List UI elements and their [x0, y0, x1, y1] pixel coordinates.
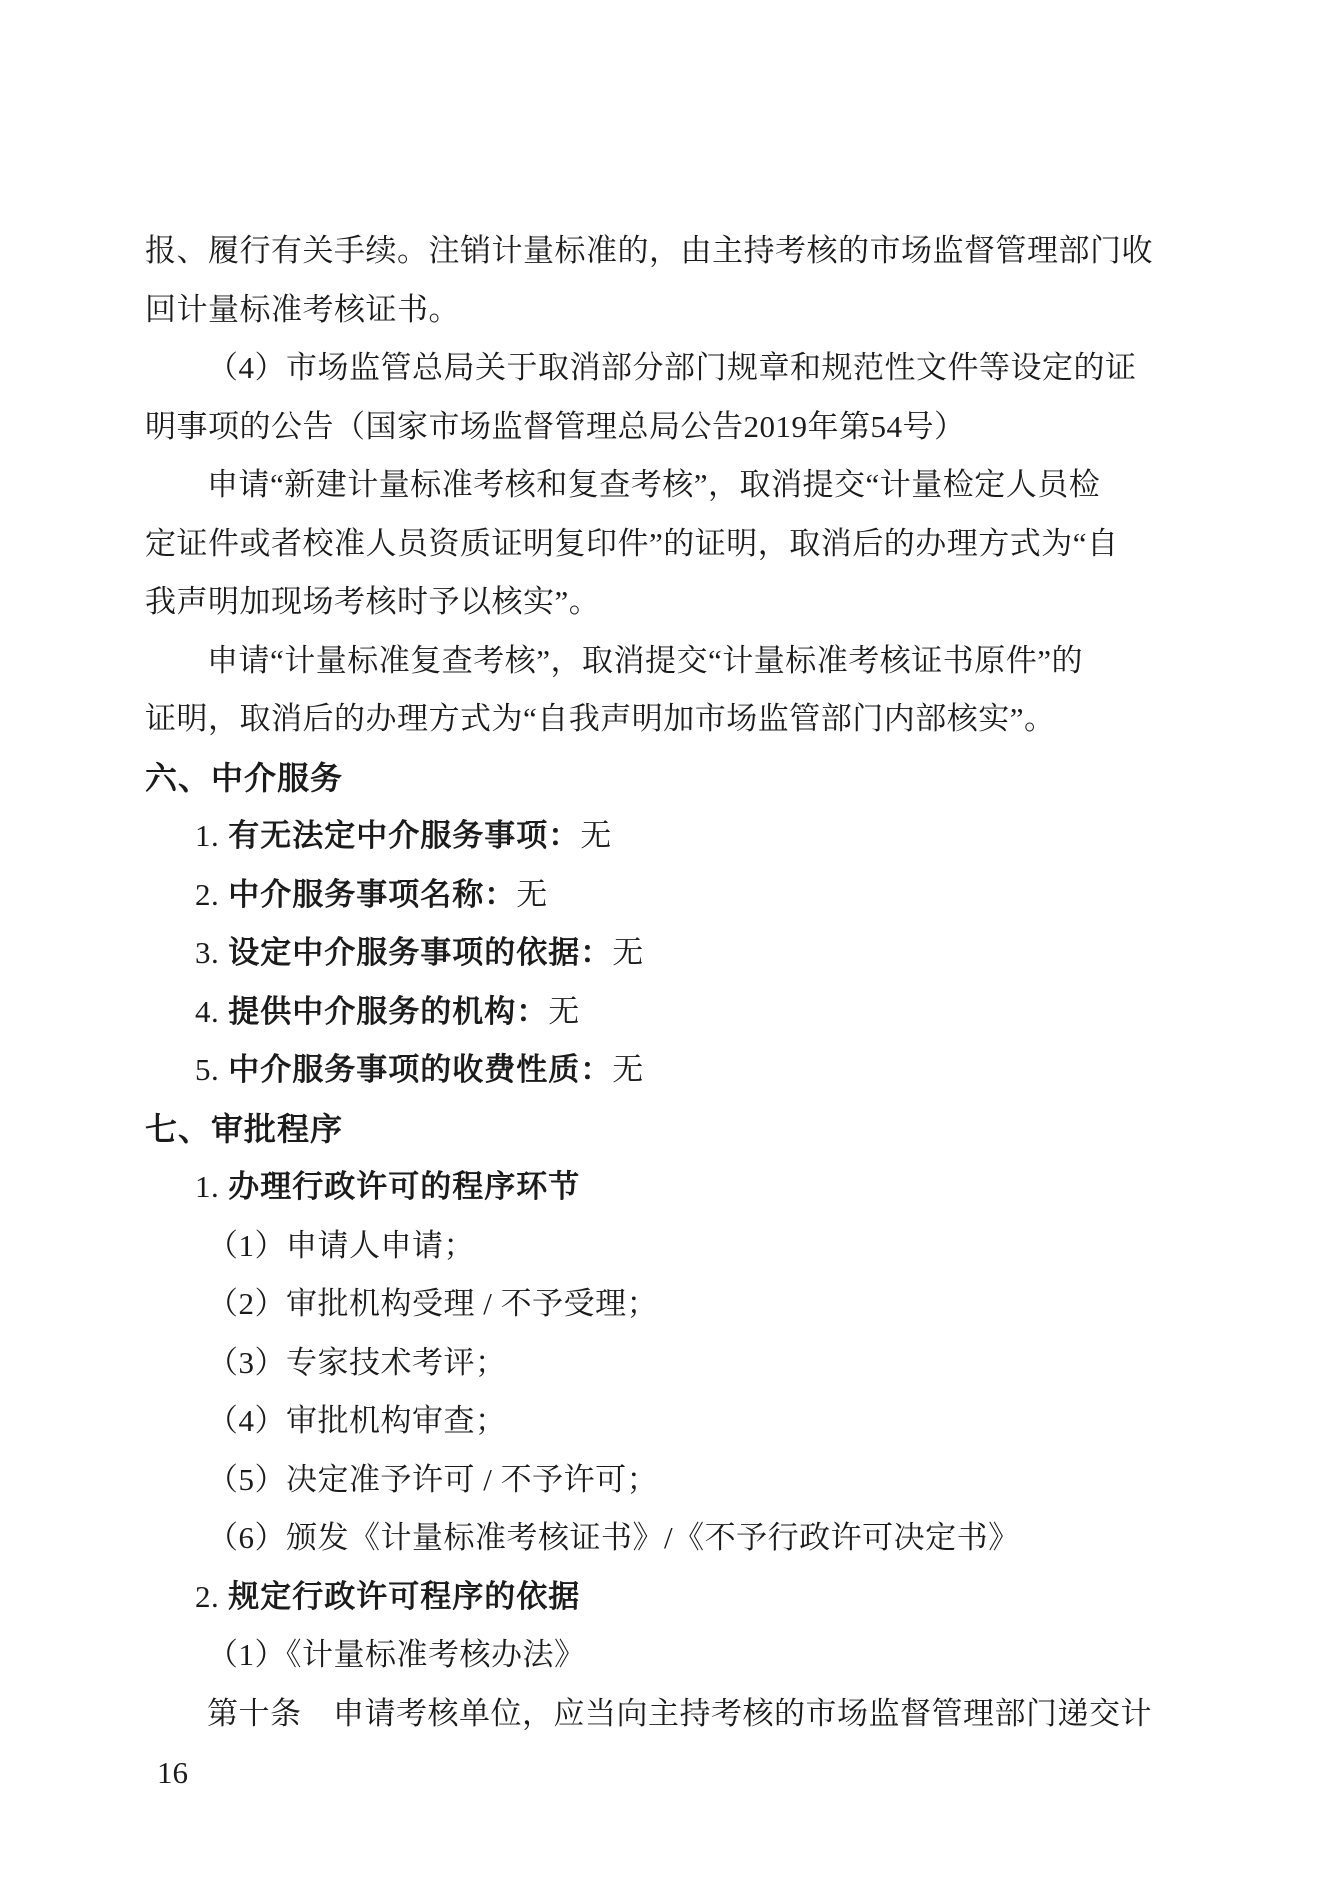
- numbered-item: 2.规定行政许可程序的依据: [145, 1568, 1145, 1627]
- numbered-item: 4.提供中介服务的机构：无: [145, 983, 1145, 1042]
- item-value: 无: [612, 1052, 644, 1087]
- document-page: 报、履行有关手续。注销计量标准的，由主持考核的市场监督管理部门收 回计量标准考核…: [0, 0, 1339, 1890]
- text-line: 申请“计量标准复查考核”，取消提交“计量标准考核证书原件”的: [145, 632, 1145, 691]
- text-line: （1）申请人申请；: [145, 1217, 1145, 1276]
- text-line: 证明，取消后的办理方式为“自我声明加市场监管部门内部核实”。: [145, 690, 1145, 749]
- item-label: 办理行政许可的程序环节: [228, 1169, 580, 1204]
- text-line: 第十条 申请考核单位，应当向主持考核的市场监督管理部门递交计: [145, 1685, 1145, 1744]
- text-line: 我声明加现场考核时予以核实”。: [145, 573, 1145, 632]
- item-number: 4.: [195, 994, 219, 1029]
- text-line: （4）审批机构审查；: [145, 1392, 1145, 1451]
- item-value: 无: [612, 935, 644, 970]
- item-number: 5.: [195, 1052, 219, 1087]
- text-line: （5）决定准予许可 / 不予许可；: [145, 1451, 1145, 1510]
- item-value: 无: [580, 818, 612, 853]
- item-number: 1.: [195, 1169, 219, 1204]
- text-line: （6）颁发《计量标准考核证书》/《不予行政许可决定书》: [145, 1509, 1145, 1568]
- numbered-item: 2.中介服务事项名称：无: [145, 866, 1145, 925]
- text-line: 定证件或者校准人员资质证明复印件”的证明，取消后的办理方式为“自: [145, 515, 1145, 574]
- section-heading-approval-procedure: 七、审批程序: [145, 1100, 1145, 1159]
- numbered-item: 1.有无法定中介服务事项：无: [145, 807, 1145, 866]
- numbered-item: 1.办理行政许可的程序环节: [145, 1158, 1145, 1217]
- text-line: 回计量标准考核证书。: [145, 281, 1145, 340]
- item-number: 2.: [195, 877, 219, 912]
- section-heading-intermediary-services: 六、中介服务: [145, 749, 1145, 808]
- text-line: 报、履行有关手续。注销计量标准的，由主持考核的市场监督管理部门收: [145, 222, 1145, 281]
- item-label: 规定行政许可程序的依据: [228, 1579, 580, 1614]
- page-number: 16: [157, 1754, 188, 1792]
- numbered-item: 3.设定中介服务事项的依据：无: [145, 924, 1145, 983]
- text-line: 明事项的公告（国家市场监督管理总局公告2019年第54号）: [145, 398, 1145, 457]
- text-line: （2）审批机构受理 / 不予受理；: [145, 1275, 1145, 1334]
- item-number: 2.: [195, 1579, 219, 1614]
- item-value: 无: [548, 994, 580, 1029]
- document-body: 报、履行有关手续。注销计量标准的，由主持考核的市场监督管理部门收 回计量标准考核…: [145, 222, 1145, 1743]
- item-label: 中介服务事项名称：: [228, 877, 516, 912]
- text-line: （1）《计量标准考核办法》: [145, 1626, 1145, 1685]
- item-value: 无: [516, 877, 548, 912]
- item-number: 1.: [195, 818, 219, 853]
- numbered-item: 5.中介服务事项的收费性质：无: [145, 1041, 1145, 1100]
- item-label: 提供中介服务的机构：: [228, 994, 548, 1029]
- text-line: （4）市场监管总局关于取消部分部门规章和规范性文件等设定的证: [145, 339, 1145, 398]
- item-number: 3.: [195, 935, 219, 970]
- item-label: 设定中介服务事项的依据：: [228, 935, 612, 970]
- text-line: 申请“新建计量标准考核和复查考核”，取消提交“计量检定人员检: [145, 456, 1145, 515]
- text-line: （3）专家技术考评；: [145, 1334, 1145, 1393]
- item-label: 中介服务事项的收费性质：: [228, 1052, 612, 1087]
- item-label: 有无法定中介服务事项：: [228, 818, 580, 853]
